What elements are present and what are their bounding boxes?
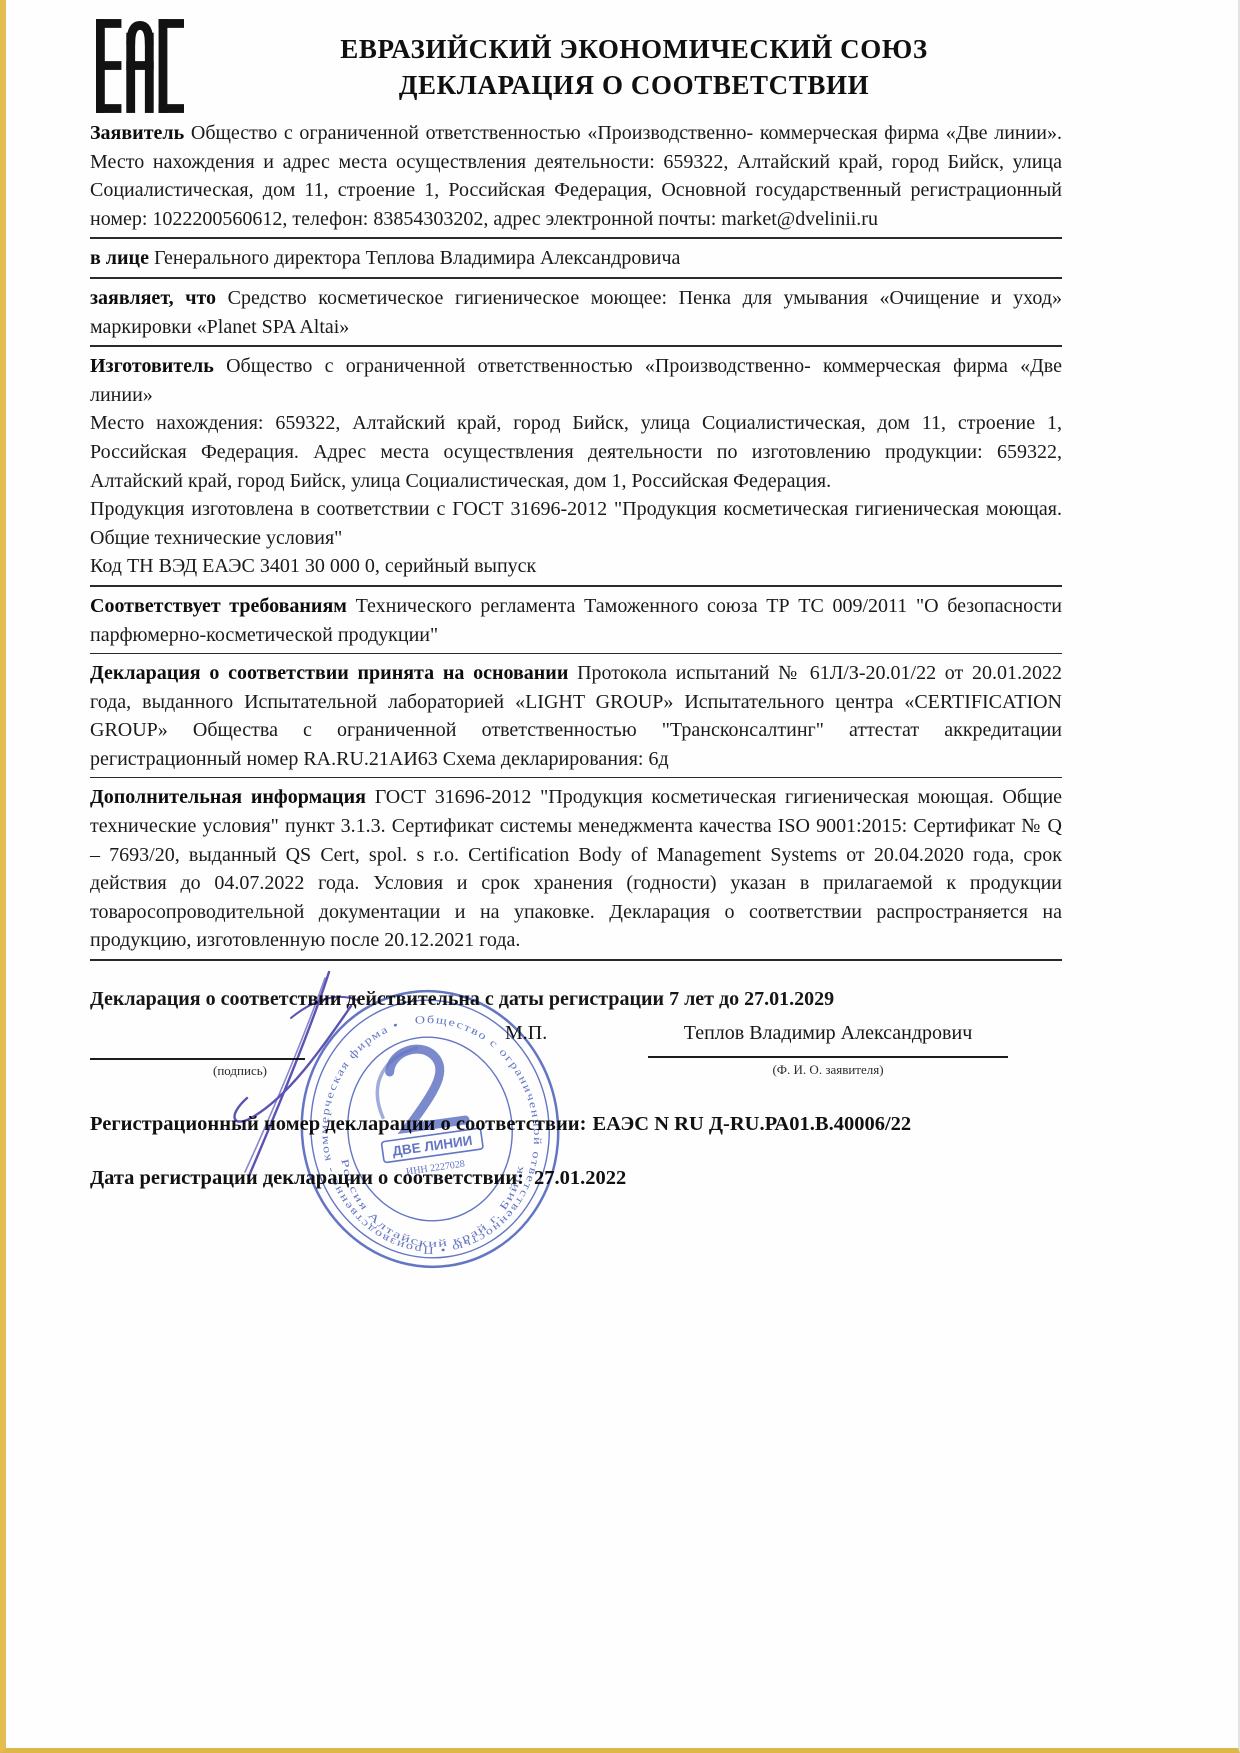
reg-number-label: Регистрационный номер декларации о соотв…: [90, 1113, 586, 1135]
divider: [90, 653, 1062, 654]
section-manufacturer: Изготовитель Общество с ограниченной отв…: [90, 352, 1062, 409]
document-content: ЕВРАЗИЙСКИЙ ЭКОНОМИЧЕСКИЙ СОЮЗ ДЕКЛАРАЦИ…: [90, 18, 1062, 1311]
additional-label: Дополнительная информация: [90, 786, 366, 808]
title-declaration: ДЕКЛАРАЦИЯ О СООТВЕТСТВИИ: [206, 68, 1062, 104]
reg-date-label: Дата регистрации декларации о соответств…: [90, 1167, 524, 1189]
complies-label: Соответствует требованиям: [90, 595, 347, 617]
manufacturer-label: Изготовитель: [90, 355, 214, 377]
section-declares: заявляет, что Средство косметическое гиг…: [90, 284, 1062, 341]
section-in-person: в лице Генерального директора Теплова Вл…: [90, 244, 1062, 273]
applicant-text: Общество с ограниченной ответственностью…: [90, 122, 1062, 230]
fio-line: [648, 1056, 1008, 1058]
section-complies: Соответствует требованиям Технического р…: [90, 592, 1062, 649]
registration-number-line: Регистрационный номер декларации о соотв…: [90, 1113, 911, 1136]
reg-date-value: 27.01.2022: [534, 1167, 626, 1189]
fio-caption: (Ф. И. О. заявителя): [648, 1062, 1008, 1078]
document-header: ЕВРАЗИЙСКИЙ ЭКОНОМИЧЕСКИЙ СОЮЗ ДЕКЛАРАЦИ…: [90, 18, 1062, 119]
divider: [90, 237, 1062, 239]
manufacturer-gost: Продукция изготовлена в соответствии с Г…: [90, 495, 1062, 552]
declares-text: Средство косметическое гигиеническое мою…: [90, 287, 1062, 338]
section-basis: Декларация о соответствии принята на осн…: [90, 659, 1062, 773]
declaration-page: ЕВРАЗИЙСКИЙ ЭКОНОМИЧЕСКИЙ СОЮЗ ДЕКЛАРАЦИ…: [0, 0, 1240, 1753]
manufacturer-location: Место нахождения: 659322, Алтайский край…: [90, 409, 1062, 495]
manufacturer-tnved: Код ТН ВЭД ЕАЭС 3401 30 000 0, серийный …: [90, 552, 1062, 581]
section-applicant: Заявитель Общество с ограниченной ответс…: [90, 119, 1062, 233]
registration-date-line: Дата регистрации декларации о соответств…: [90, 1167, 626, 1190]
signature-registration-block: Декларация о соответствии действительна …: [90, 966, 1062, 1311]
additional-text: ГОСТ 31696-2012 "Продукция косметическая…: [90, 786, 1062, 951]
reg-number-value: ЕАЭС N RU Д-RU.РА01.В.40006/22: [592, 1113, 911, 1135]
divider: [90, 345, 1062, 347]
divider: [90, 585, 1062, 587]
validity-line: Декларация о соответствии действительна …: [90, 988, 1062, 1011]
svg-text:Россия Алтайский край г. Бийск: Россия Алтайский край г. Бийск: [338, 1134, 536, 1262]
title-union: ЕВРАЗИЙСКИЙ ЭКОНОМИЧЕСКИЙ СОЮЗ: [206, 32, 1062, 68]
divider: [90, 959, 1062, 961]
manufacturer-intro: Общество с ограниченной ответственностью…: [90, 355, 1062, 406]
section-additional: Дополнительная информация ГОСТ 31696-201…: [90, 783, 1062, 955]
basis-label: Декларация о соответствии принята на осн…: [90, 662, 568, 684]
eac-mark-icon: [96, 18, 184, 114]
signature-line: [90, 1058, 305, 1060]
stamp-company-name: ДВЕ ЛИНИИ: [391, 1133, 473, 1159]
stamp-place-label: М.П.: [505, 1022, 547, 1045]
applicant-label: Заявитель: [90, 122, 184, 144]
divider: [90, 777, 1062, 778]
applicant-fio: Теплов Владимир Александрович: [648, 1022, 1008, 1045]
declares-label: заявляет, что: [90, 287, 216, 309]
stamp-bottom-text: Россия Алтайский край г. Бийск: [338, 1134, 536, 1262]
document-title: ЕВРАЗИЙСКИЙ ЭКОНОМИЧЕСКИЙ СОЮЗ ДЕКЛАРАЦИ…: [206, 18, 1062, 103]
in-person-text: Генерального директора Теплова Владимира…: [154, 247, 680, 269]
divider: [90, 277, 1062, 279]
signature-caption: (подпись): [175, 1063, 305, 1079]
eac-logo: [90, 18, 206, 119]
in-person-label: в лице: [90, 247, 149, 269]
